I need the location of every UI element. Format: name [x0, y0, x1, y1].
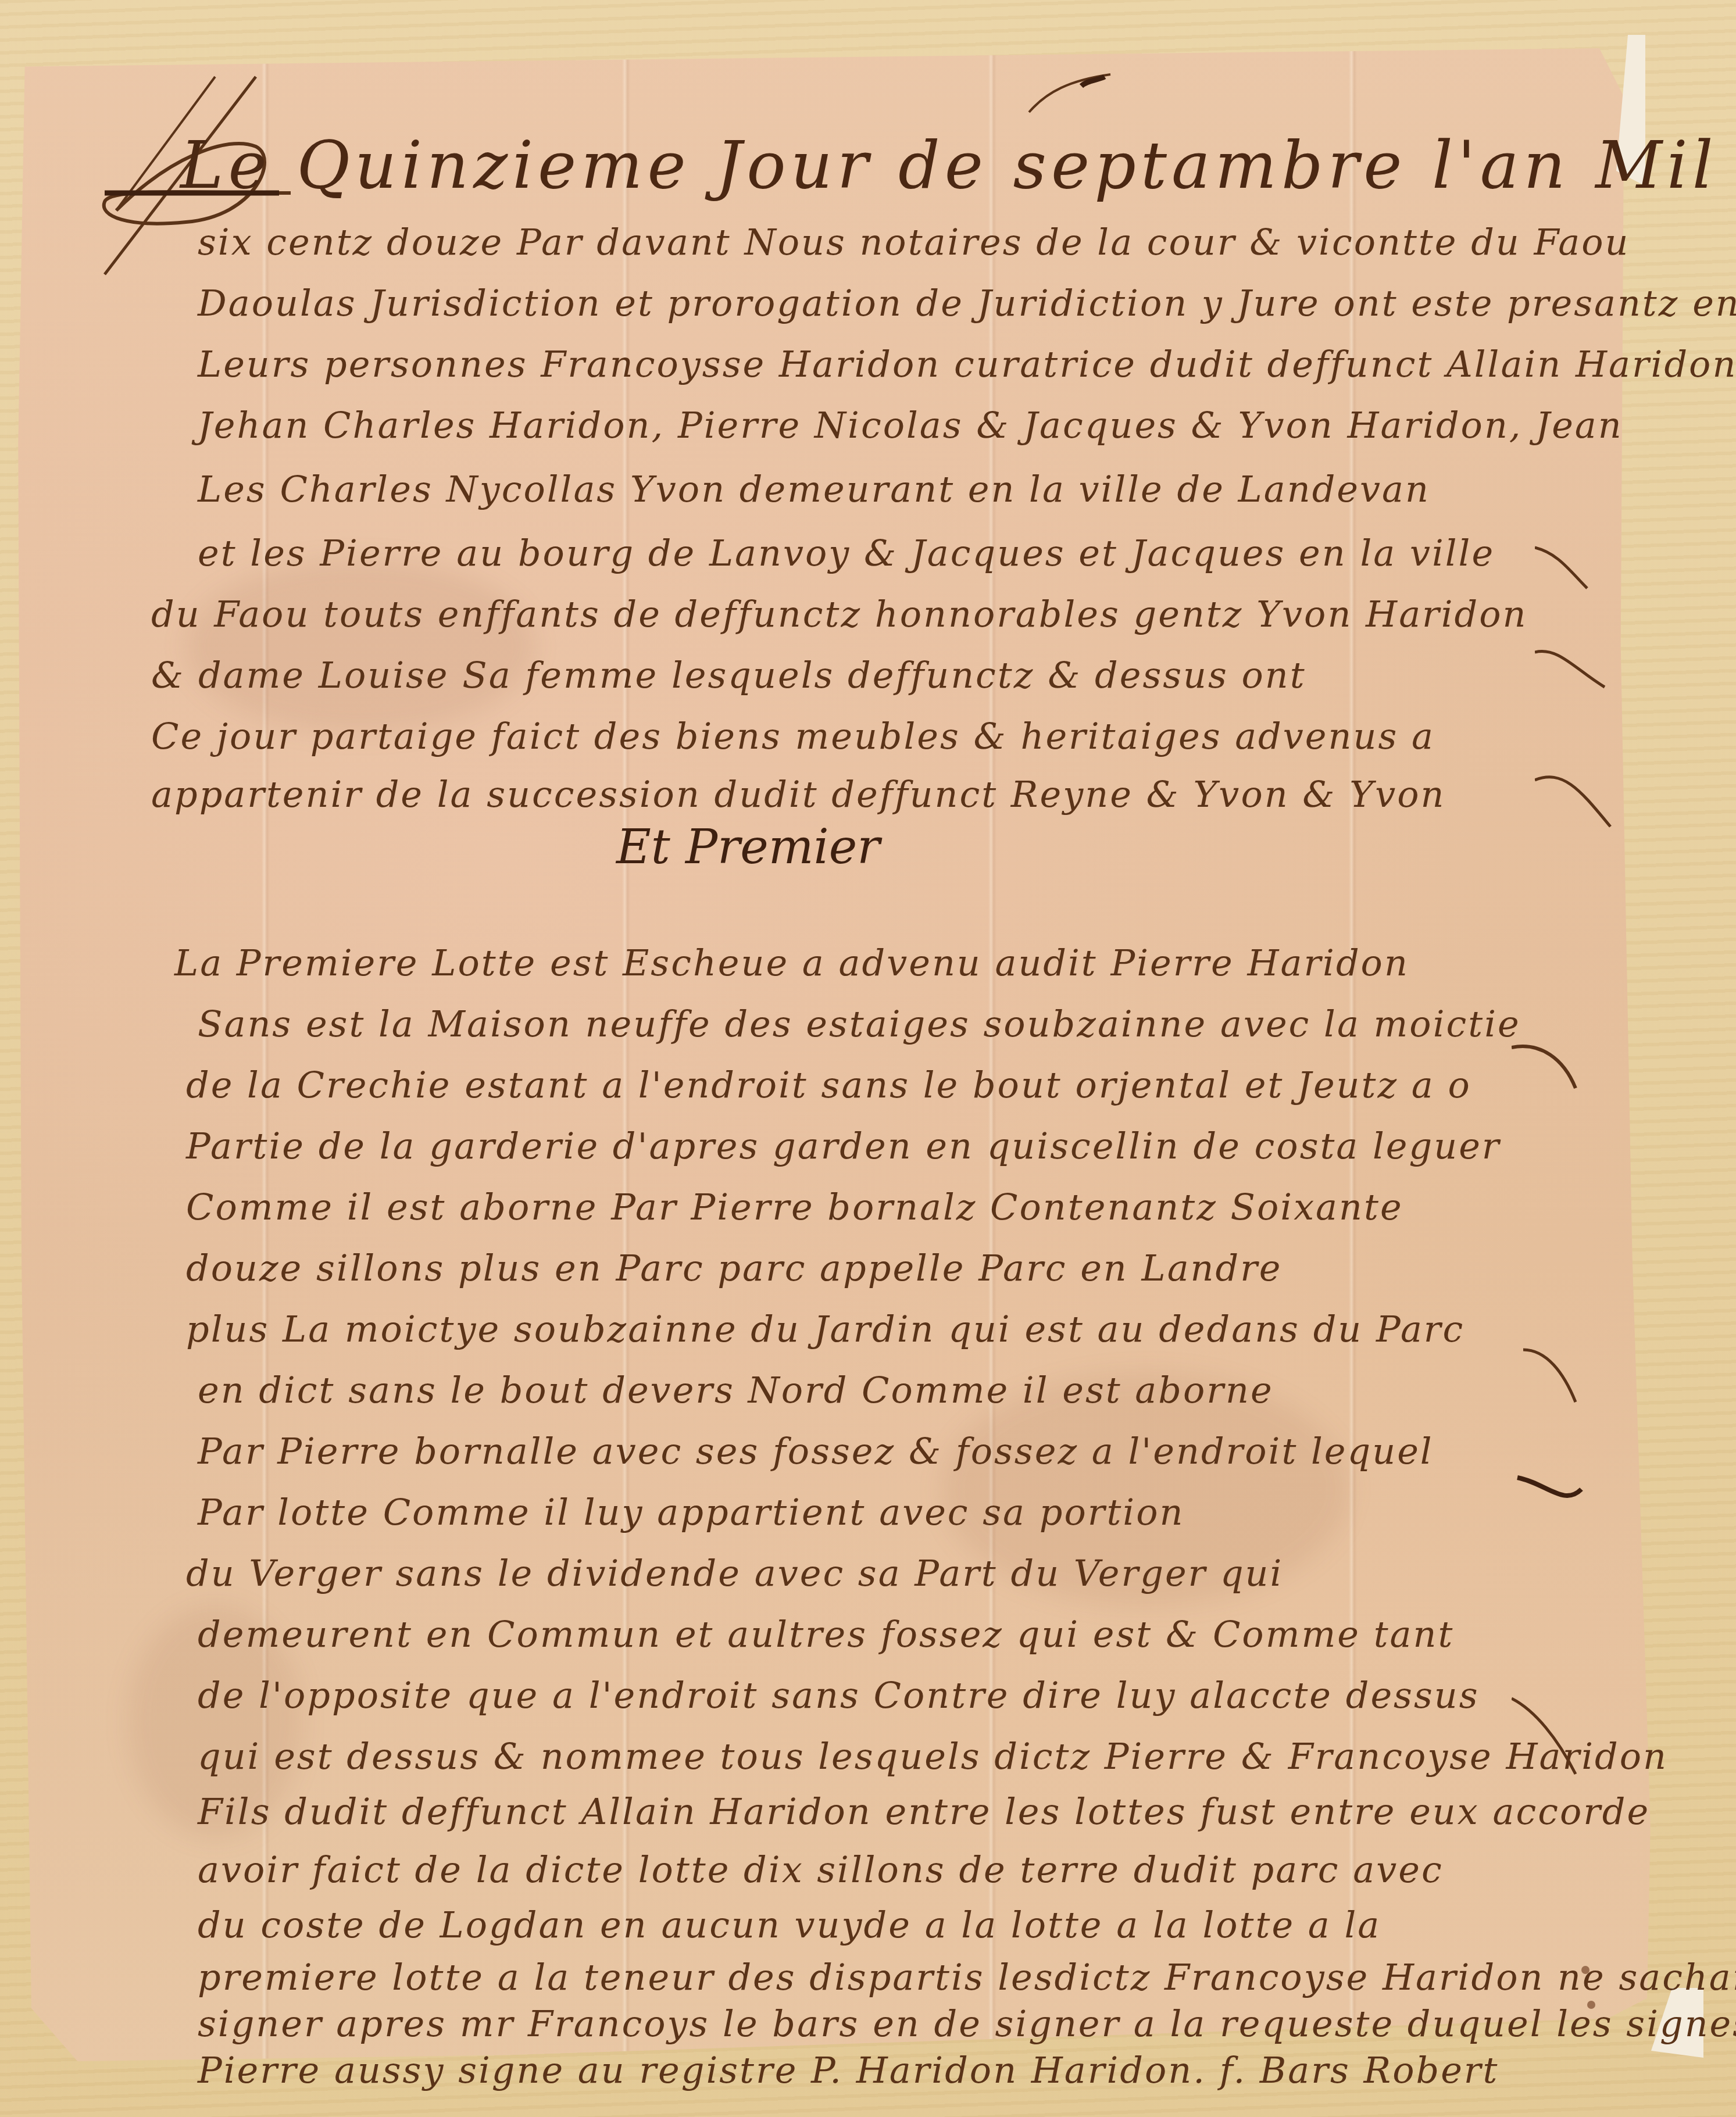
manuscript-line: du Faou touts enffants de deffunctz honn… [151, 593, 1528, 635]
manuscript-line: douze sillons plus en Parc parc appelle … [186, 1247, 1283, 1289]
manuscript-line: Leurs personnes Francoysse Haridon curat… [198, 343, 1736, 385]
manuscript-line: Par Pierre bornalle avec ses fossez & fo… [198, 1430, 1434, 1472]
section-heading: Et Premier [616, 820, 880, 875]
manuscript-line: qui est dessus & nommee tous lesquels di… [198, 1735, 1668, 1778]
manuscript-line: de la Crechie estant a l'endroit sans le… [186, 1064, 1471, 1106]
manuscript-line: de l'opposite que a l'endroit sans Contr… [198, 1674, 1479, 1717]
manuscript-line: du Verger sans le dividende avec sa Part… [186, 1552, 1283, 1594]
opening-line: Le Quinzieme Jour de septambre l'an Mil [180, 128, 1718, 203]
manuscript-line: signer apres mr Francoys le bars en de s… [198, 2002, 1736, 2045]
manuscript-line: Fils dudit deffunct Allain Haridon entre… [198, 1790, 1650, 1833]
manuscript-line: Jehan Charles Haridon, Pierre Nicolas & … [198, 404, 1623, 446]
manuscript-line: Partie de la garderie d'apres garden en … [186, 1125, 1501, 1167]
manuscript-line: six centz douze Par davant Nous notaires… [198, 221, 1630, 263]
manuscript-line: La Premiere Lotte est Escheue a advenu a… [174, 942, 1409, 984]
manuscript-line: demeurent en Commun et aultres fossez qu… [198, 1613, 1454, 1655]
manuscript-line: en dict sans le bout devers Nord Comme i… [198, 1369, 1274, 1411]
manuscript-line: & dame Louise Sa femme lesquels deffunct… [151, 654, 1306, 696]
manuscript-line: premiere lotte a la teneur des dispartis… [198, 1956, 1736, 1998]
manuscript-line: avoir faict de la dicte lotte dix sillon… [198, 1848, 1444, 1891]
manuscript-line: Les Charles Nycollas Yvon demeurant en l… [198, 468, 1430, 510]
line-filler-flourish-icon [1535, 536, 1616, 838]
stain [186, 559, 535, 734]
manuscript-line: Par lotte Comme il luy appartient avec s… [198, 1491, 1184, 1533]
manuscript-line: Sans est la Maison neuffe des estaiges s… [198, 1003, 1521, 1045]
flourish-mark-icon [1023, 69, 1116, 115]
manuscript-line: Comme il est aborne Par Pierre bornalz C… [186, 1186, 1403, 1228]
manuscript-line: et les Pierre au bourg de Lanvoy & Jacqu… [198, 532, 1495, 574]
manuscript-line: Daoulas Jurisdiction et prorogation de J… [198, 282, 1736, 324]
signature-line: Pierre aussy signe au registre P. Harido… [198, 2049, 1499, 2091]
manuscript-line: Ce jour partaige faict des biens meubles… [151, 715, 1435, 757]
line-filler-flourish-icon [1512, 1024, 1605, 1780]
manuscript-line: appartenir de la succession dudit deffun… [151, 773, 1445, 816]
manuscript-line: plus La moictye soubzainne du Jardin qui… [186, 1308, 1464, 1350]
manuscript-line: du coste de Logdan en aucun vuyde a la l… [198, 1904, 1381, 1946]
